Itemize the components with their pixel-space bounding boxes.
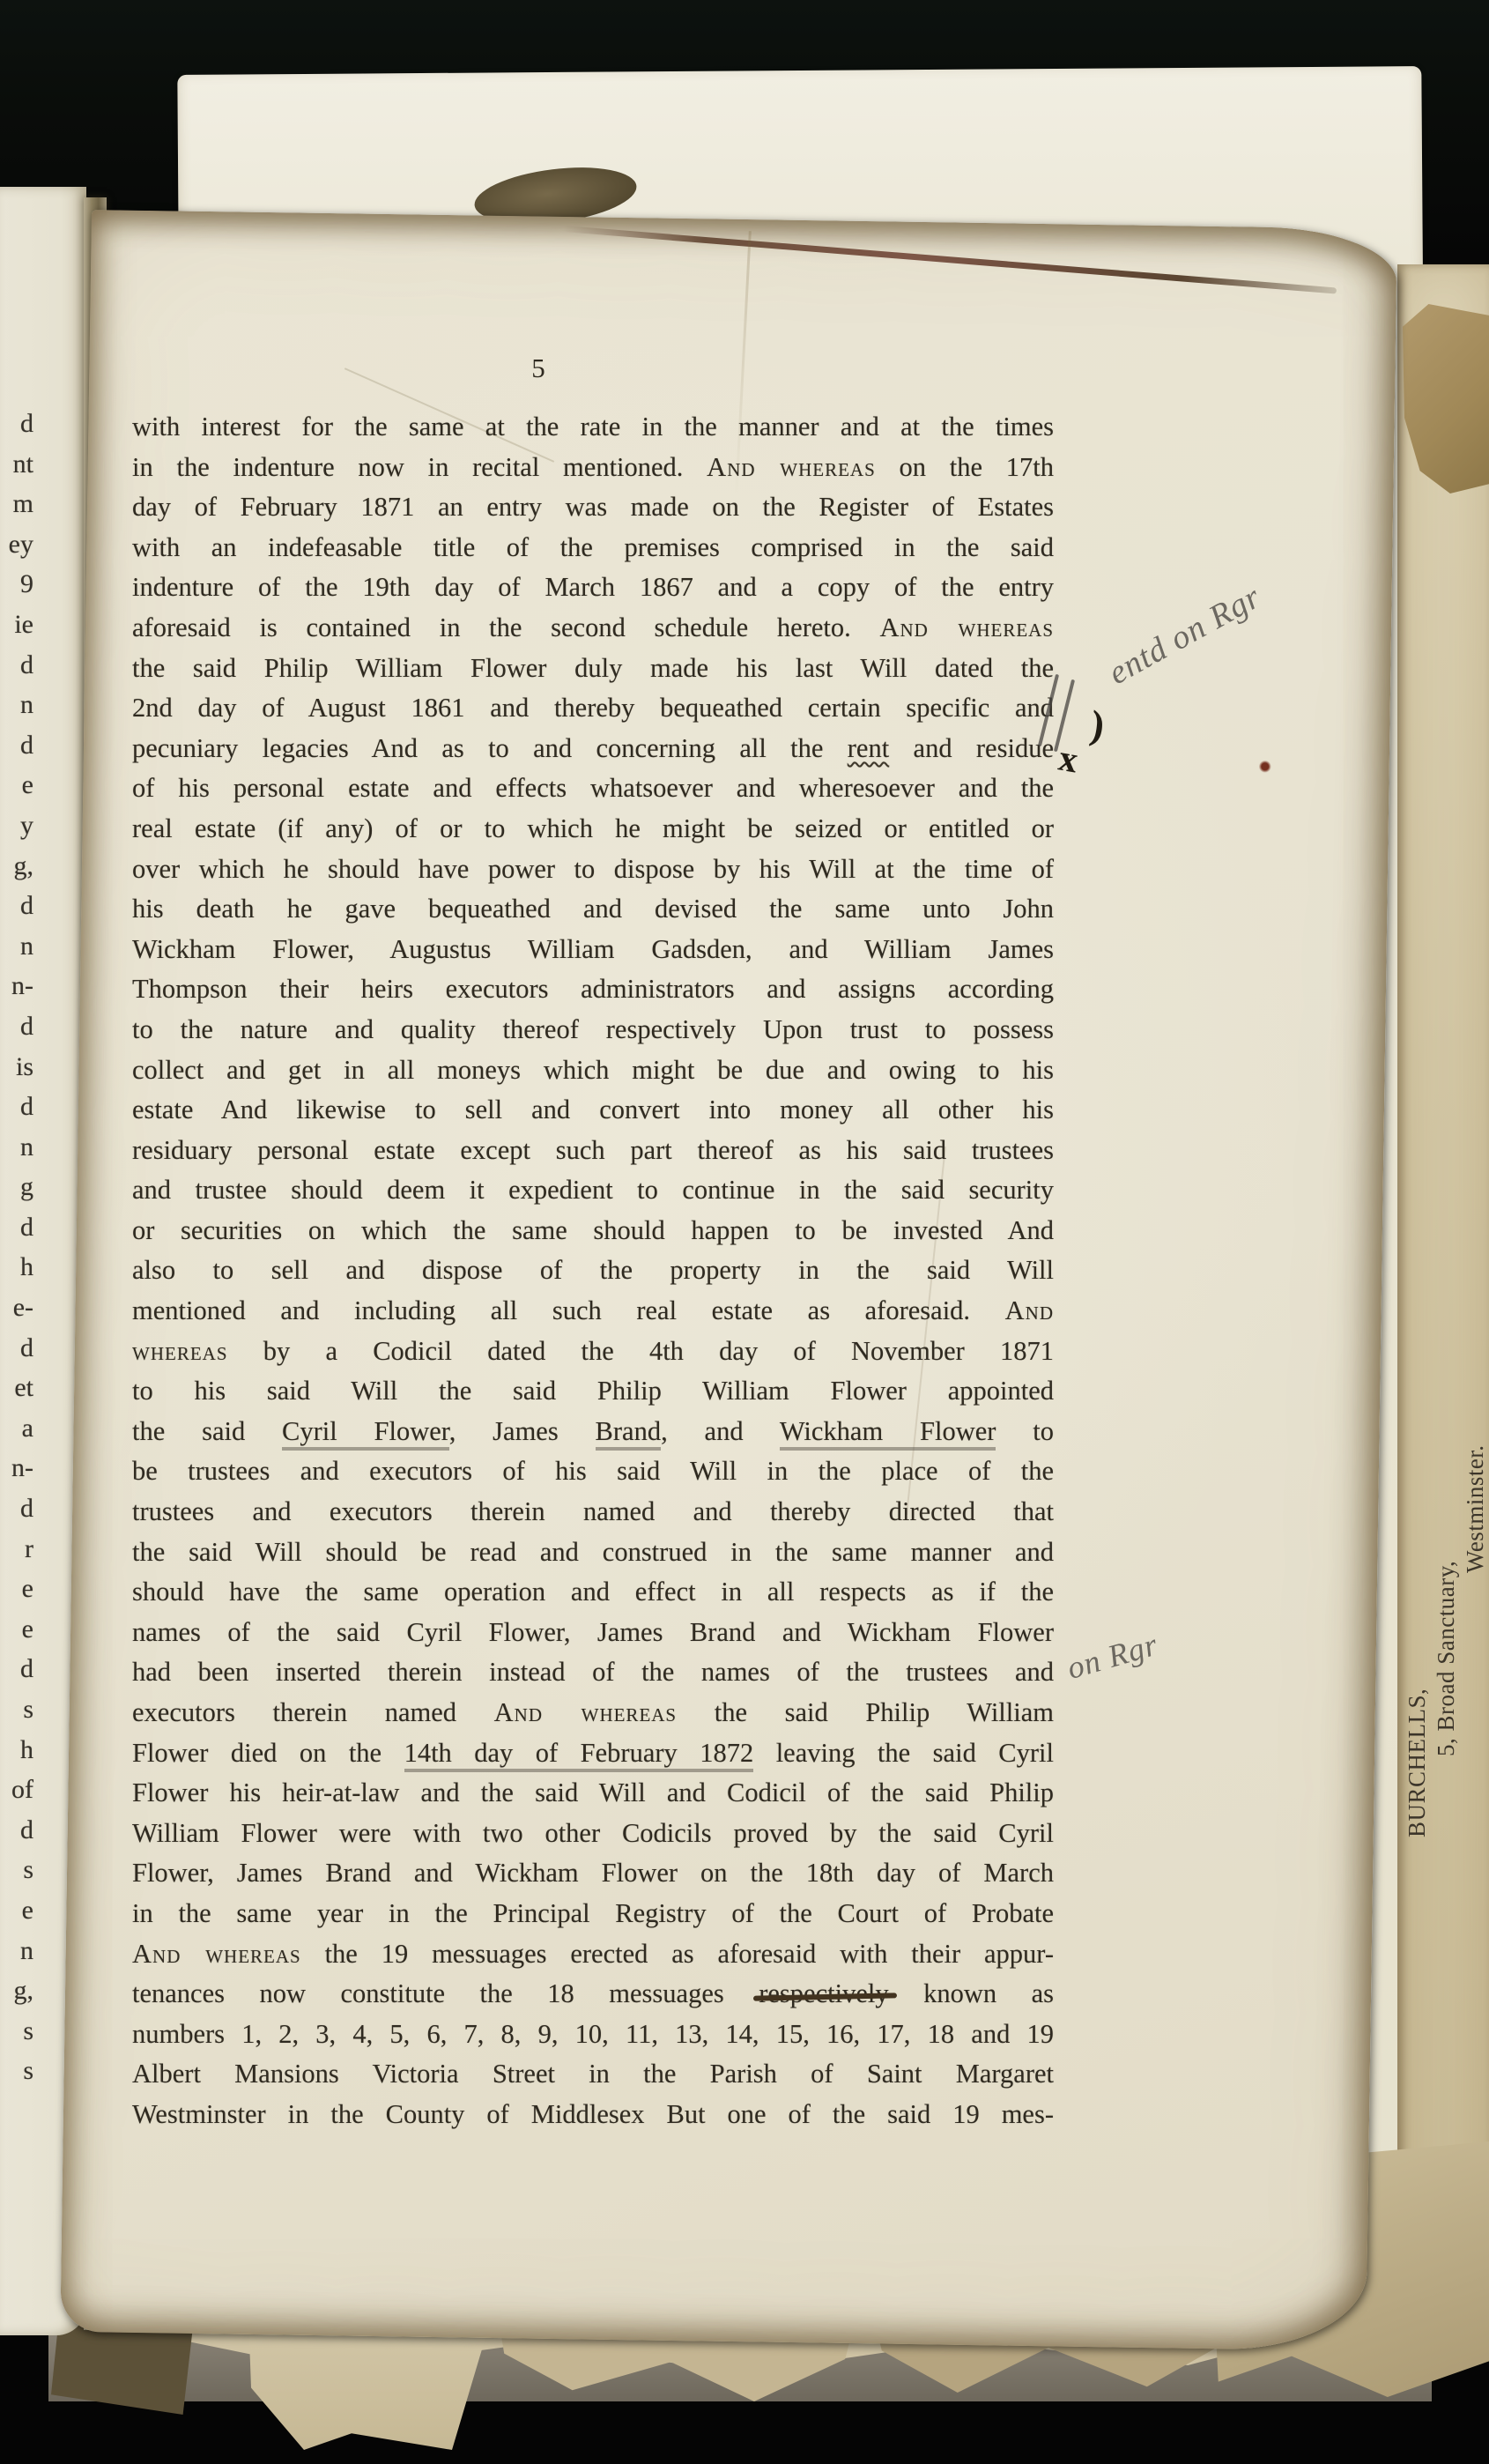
text-run: with an indefeasable title of the premis… (132, 532, 1054, 562)
text-run: mentioned and including all such real es… (132, 1295, 1005, 1325)
cutoff-letter-fragment: is (0, 1047, 33, 1087)
text-run: the said (132, 1416, 282, 1446)
body-line: over which he should have power to dispo… (132, 850, 1054, 890)
solicitor-endorsement: BURCHELLS, 5, Broad Sanctuary, Westminst… (1403, 1326, 1489, 1837)
body-line: Albert Mansions Victoria Street in the P… (132, 2054, 1054, 2095)
body-line: Flower died on the 14th day of February … (132, 1733, 1054, 1774)
text-run: , James (449, 1416, 596, 1446)
smallcaps-run: And whereas (132, 1939, 301, 1969)
text-run: Thompson their heirs executors administr… (132, 974, 1054, 1004)
text-run: the said Philip William Flower duly made… (132, 653, 1054, 683)
smallcaps-run: whereas (132, 1336, 228, 1366)
text-run: , and (661, 1416, 780, 1446)
body-line: And whereas the 19 messuages erected as … (132, 1934, 1054, 1975)
page-number: 5 (518, 353, 559, 384)
text-run: over which he should have power to dispo… (132, 854, 1054, 884)
endorsement-line: Westminster. (1461, 1326, 1489, 1837)
underlined-run: 14th day of February 1872 (404, 1738, 754, 1772)
cutoff-letter-fragment: m (0, 484, 33, 524)
body-line: or securities on which the same should h… (132, 1211, 1054, 1251)
body-line: names of the said Cyril Flower, James Br… (132, 1613, 1054, 1653)
text-run: Flower, James Brand and Wickham Flower o… (132, 1858, 1054, 1888)
body-line: Wickham Flower, Augustus William Gadsden… (132, 930, 1054, 970)
cutoff-letter-fragment: n (0, 1931, 33, 1971)
text-run: with interest for the same at the rate i… (132, 412, 1054, 442)
body-line: the said Philip William Flower duly made… (132, 649, 1054, 689)
text-run: to (996, 1416, 1054, 1446)
cutoff-letter-fragment: e (0, 765, 33, 805)
body-line: whereas by a Codicil dated the 4th day o… (132, 1332, 1054, 1372)
cutoff-letter-fragment: d (0, 1328, 33, 1369)
text-run: executors therein named (132, 1697, 494, 1727)
cutoff-letter-fragment: d (0, 1006, 33, 1047)
cutoff-letter-fragment: s (0, 2011, 33, 2052)
text-run: Flower died on the (132, 1738, 404, 1768)
body-line: collect and get in all moneys which migh… (132, 1050, 1054, 1091)
text-run: 2nd day of August 1861 and thereby beque… (132, 693, 1054, 723)
body-line: Thompson their heirs executors administr… (132, 969, 1054, 1010)
cutoff-letter-fragment: e (0, 1609, 33, 1650)
endorsement-line: BURCHELLS, (1403, 1326, 1432, 1837)
body-line: with interest for the same at the rate i… (132, 407, 1054, 448)
text-run: Wickham Flower, Augustus William Gadsden… (132, 934, 1054, 964)
body-line: in the indenture now in recital mentione… (132, 448, 1054, 488)
cutoff-letter-fragment: n (0, 926, 33, 967)
body-line: also to sell and dispose of the property… (132, 1251, 1054, 1291)
text-run: aforesaid is contained in the second sch… (132, 612, 879, 642)
text-run: collect and get in all moneys which migh… (132, 1055, 1054, 1085)
underlined-run: Cyril Flower (282, 1416, 449, 1451)
text-run: leaving the said Cyril (753, 1738, 1054, 1768)
text-run: estate And likewise to sell and convert … (132, 1095, 1054, 1124)
text-run: or securities on which the same should h… (132, 1215, 1054, 1245)
text-run: be trustees and executors of his said Wi… (132, 1456, 1054, 1486)
cutoff-letter-fragment: d (0, 645, 33, 686)
body-line: Westminster in the County of Middlesex B… (132, 2095, 1054, 2135)
cutoff-letter-fragment: h (0, 1730, 33, 1770)
text-run: also to sell and dispose of the property… (132, 1255, 1054, 1285)
cutoff-letter-fragment: n- (0, 1448, 33, 1488)
cutoff-letter-fragment: 9 (0, 564, 33, 605)
body-line: numbers 1, 2, 3, 4, 5, 6, 7, 8, 9, 10, 1… (132, 2015, 1054, 2055)
text-run: real estate (if any) of or to which he m… (132, 813, 1054, 843)
text-run: of his personal estate and effects whats… (132, 773, 1054, 803)
body-line: residuary personal estate except such pa… (132, 1131, 1054, 1171)
text-run: and residue (889, 733, 1054, 763)
cutoff-letter-fragment: et (0, 1368, 33, 1408)
smallcaps-run: And whereas (707, 452, 876, 482)
text-run: known as (889, 1978, 1054, 2008)
cutoff-letter-fragment: ie (0, 605, 33, 645)
text-run: residuary personal estate except such pa… (132, 1135, 1054, 1165)
body-line: in the same year in the Principal Regist… (132, 1894, 1054, 1934)
text-run: in the indenture now in recital mentione… (132, 452, 707, 482)
under-sheet-right (1397, 264, 1489, 2265)
cutoff-letter-fragment: h (0, 1247, 33, 1288)
body-line: mentioned and including all such real es… (132, 1291, 1054, 1332)
cutoff-letter-fragment: of (0, 1770, 33, 1810)
cutoff-letter-fragment: y (0, 805, 33, 846)
text-run: tenances now constitute the 18 messuages (132, 1978, 759, 2008)
text-run: pecuniary legacies And as to and concern… (132, 733, 848, 763)
body-text: with interest for the same at the rate i… (132, 407, 1054, 2135)
cutoff-letter-fragment: d (0, 886, 33, 926)
body-line: estate And likewise to sell and convert … (132, 1090, 1054, 1131)
text-run: Flower his heir-at-law and the said Will… (132, 1777, 1054, 1807)
body-line: executors therein named And whereas the … (132, 1693, 1054, 1733)
cutoff-letter-fragment: d (0, 404, 33, 444)
cutoff-letter-fragment: d (0, 1649, 33, 1689)
body-line: trustees and executors therein named and… (132, 1492, 1054, 1533)
cutoff-letter-fragment: n (0, 1127, 33, 1168)
text-run: his death he gave bequeathed and devised… (132, 894, 1054, 924)
text-run: day of February 1871 an entry was made o… (132, 492, 1054, 522)
cutoff-letter-fragment: d (0, 1810, 33, 1851)
body-line: to his said Will the said Philip William… (132, 1371, 1054, 1412)
text-run: in the same year in the Principal Regist… (132, 1898, 1054, 1928)
body-line: and trustee should deem it expedient to … (132, 1170, 1054, 1211)
underlined-run: rent (848, 733, 889, 763)
smallcaps-run: And (1005, 1295, 1054, 1325)
cutoff-letter-fragment: g (0, 1167, 33, 1207)
body-line: the said Will should be read and constru… (132, 1533, 1054, 1573)
left-edge-fragments: dntmey9iedndeyg,dnn-disdngdhe-detan-dree… (0, 404, 33, 2091)
text-run: to his said Will the said Philip William… (132, 1376, 1054, 1406)
text-run: the 19 messuages erected as aforesaid wi… (301, 1939, 1054, 1969)
cutoff-letter-fragment: e- (0, 1288, 33, 1328)
text-run: the said Philip William (677, 1697, 1054, 1727)
smallcaps-run: And whereas (494, 1697, 677, 1727)
cutoff-letter-fragment: e (0, 1890, 33, 1931)
body-line: should have the same operation and effec… (132, 1572, 1054, 1613)
body-line: indenture of the 19th day of March 1867 … (132, 568, 1054, 608)
text-run: had been inserted therein instead of the… (132, 1657, 1054, 1687)
body-line: William Flower were with two other Codic… (132, 1814, 1054, 1854)
text-run: trustees and executors therein named and… (132, 1496, 1054, 1526)
text-run: on the 17th (876, 452, 1054, 482)
cutoff-letter-fragment: d (0, 1488, 33, 1529)
body-line: the said Cyril Flower, James Brand, and … (132, 1412, 1054, 1452)
photo-of-legal-document: { "document": { "page_number": "5", "bod… (0, 0, 1489, 2464)
body-line: Flower, James Brand and Wickham Flower o… (132, 1853, 1054, 1894)
cutoff-letter-fragment: g, (0, 846, 33, 887)
body-line: of his personal estate and effects whats… (132, 768, 1054, 809)
text-run: by a Codicil dated the 4th day of Novemb… (228, 1336, 1055, 1366)
body-line: real estate (if any) of or to which he m… (132, 809, 1054, 850)
cutoff-letter-fragment: r (0, 1529, 33, 1570)
body-line: aforesaid is contained in the second sch… (132, 608, 1054, 649)
cutoff-letter-fragment: d (0, 1207, 33, 1248)
body-line: with an indefeasable title of the premis… (132, 528, 1054, 568)
text-run: the said Will should be read and constru… (132, 1537, 1054, 1567)
text-run: should have the same operation and effec… (132, 1577, 1054, 1607)
cutoff-letter-fragment: nt (0, 444, 33, 485)
body-line: Flower his heir-at-law and the said Will… (132, 1773, 1054, 1814)
cutoff-letter-fragment: s (0, 1689, 33, 1730)
body-line: be trustees and executors of his said Wi… (132, 1451, 1054, 1492)
body-line: day of February 1871 an entry was made o… (132, 487, 1054, 528)
text-run: indenture of the 19th day of March 1867 … (132, 572, 1054, 602)
text-run: Westminster in the County of Middlesex B… (132, 2099, 1054, 2129)
cutoff-letter-fragment: a (0, 1408, 33, 1449)
cutoff-letter-fragment: e (0, 1569, 33, 1609)
cutoff-letter-fragment: d (0, 725, 33, 766)
underlined-run: Wickham Flower (780, 1416, 996, 1451)
text-run: Albert Mansions Victoria Street in the P… (132, 2059, 1054, 2089)
cutoff-letter-fragment: s (0, 1850, 33, 1890)
body-line: his death he gave bequeathed and devised… (132, 889, 1054, 930)
text-run: William Flower were with two other Codic… (132, 1818, 1054, 1848)
cutoff-letter-fragment: n (0, 685, 33, 725)
cutoff-letter-fragment: d (0, 1087, 33, 1127)
cutoff-letter-fragment: ey (0, 524, 33, 565)
body-line: 2nd day of August 1861 and thereby beque… (132, 688, 1054, 729)
text-run: numbers 1, 2, 3, 4, 5, 6, 7, 8, 9, 10, 1… (132, 2019, 1054, 2049)
underlined-run: Brand (596, 1416, 662, 1451)
endorsement-line: 5, Broad Sanctuary, (1432, 1326, 1461, 1837)
strikethrough-run: respectively (759, 1978, 888, 2008)
text-run: names of the said Cyril Flower, James Br… (132, 1617, 1054, 1647)
body-line: had been inserted therein instead of the… (132, 1652, 1054, 1693)
cutoff-letter-fragment: s (0, 2051, 33, 2091)
cutoff-letter-fragment: n- (0, 966, 33, 1006)
text-run: and trustee should deem it expedient to … (132, 1175, 1054, 1205)
smallcaps-run: And whereas (879, 612, 1054, 642)
body-line: tenances now constitute the 18 messuages… (132, 1974, 1054, 2015)
text-run: to the nature and quality thereof respec… (132, 1014, 1054, 1044)
cutoff-letter-fragment: g, (0, 1970, 33, 2011)
body-line: pecuniary legacies And as to and concern… (132, 729, 1054, 769)
body-line: to the nature and quality thereof respec… (132, 1010, 1054, 1050)
